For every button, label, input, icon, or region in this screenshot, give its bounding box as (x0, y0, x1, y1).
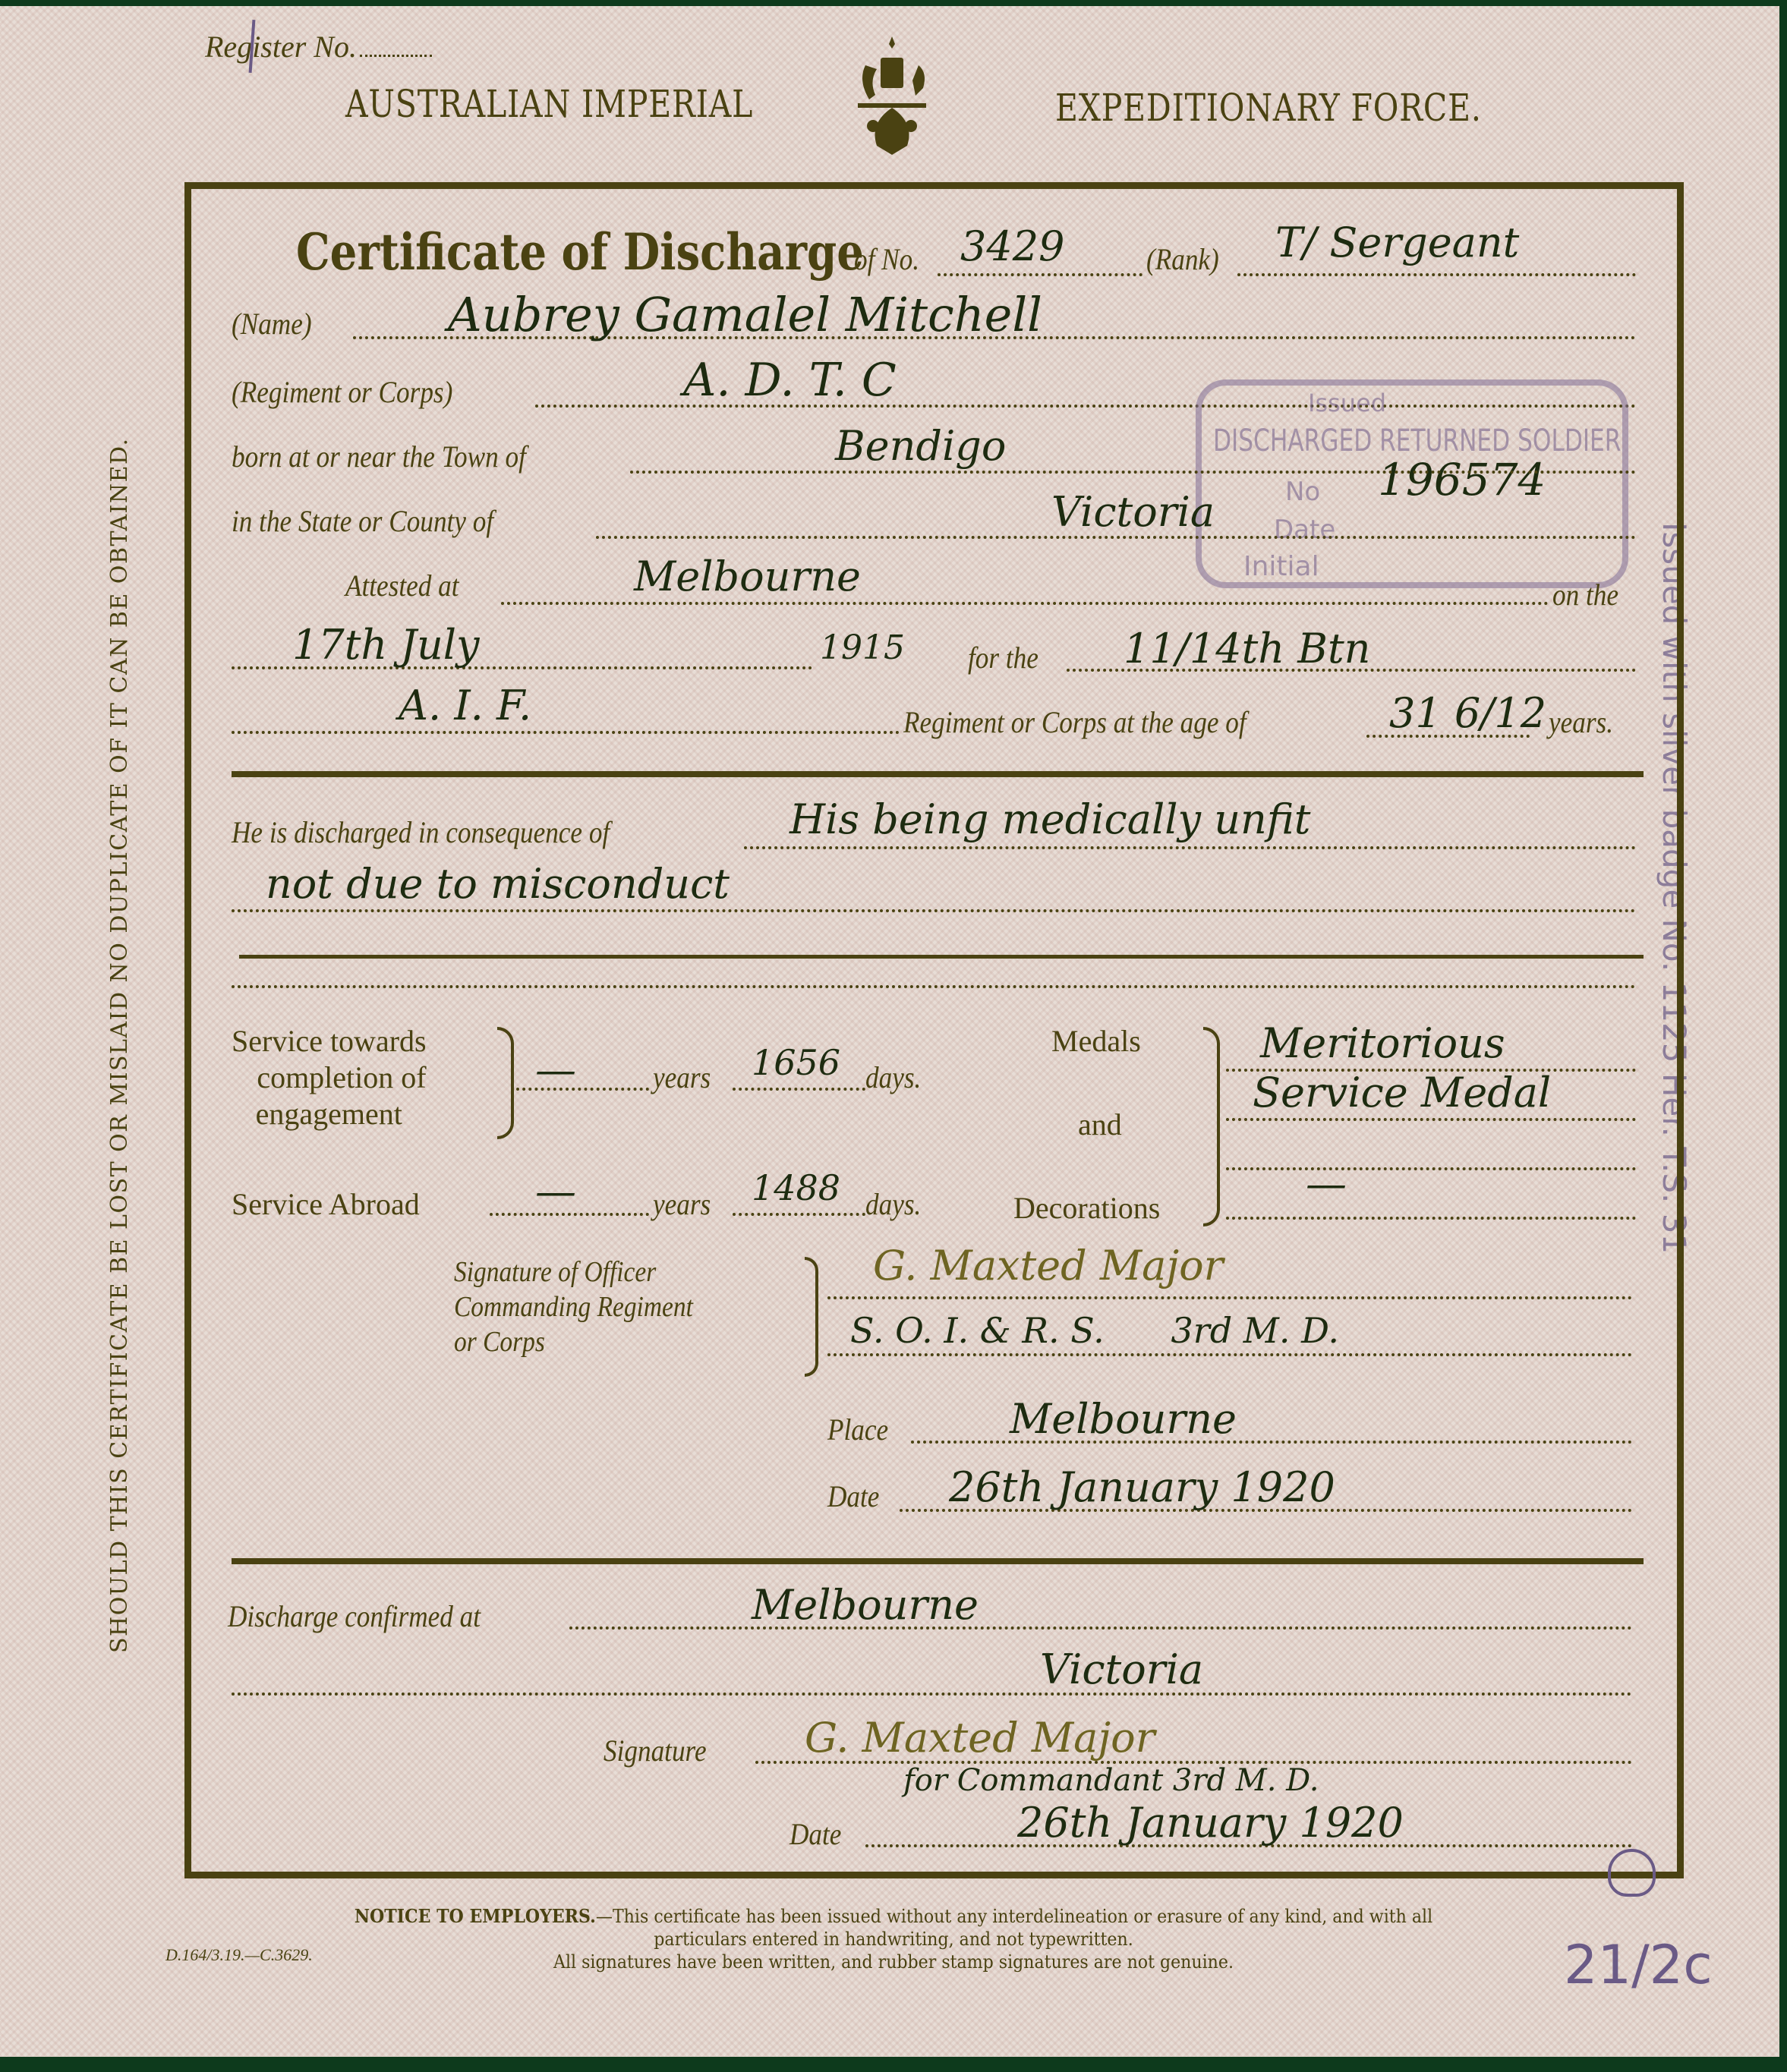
date-value: 26th January 1920 (949, 1463, 1335, 1511)
soldier-name: Aubrey Gamalel Mitchell (448, 287, 1042, 342)
attested-year: 1915 (820, 628, 905, 667)
of-no-label: of No. (854, 241, 919, 277)
confirmed-place-line-2: Victoria (1040, 1645, 1203, 1693)
discharge-certificate: Register No. AUSTRALIAN IMPERIAL EXPEDIT… (0, 6, 1779, 2057)
officer-signature: G. Maxted Major (873, 1242, 1223, 1289)
place-value: Melbourne (1010, 1395, 1237, 1443)
officer-role: S. O. I. & R. S. 3rd M. D. (850, 1310, 1339, 1351)
attested-date: 17th July (292, 621, 480, 669)
stamp-number: 196574 (1378, 454, 1546, 505)
confirmed-place-line-1: Melbourne (752, 1581, 979, 1629)
discharge-reason-line-2: not due to misconduct (266, 860, 730, 908)
signature-label: Signature (604, 1733, 707, 1768)
service-abroad-years: — (535, 1167, 576, 1215)
pencil-circle-mark (1608, 1849, 1656, 1897)
place-label: Place (827, 1412, 888, 1447)
section-divider (232, 771, 1644, 777)
date-label: Date (827, 1478, 879, 1514)
certificate-title: Certificate of Discharge (296, 222, 864, 282)
state-label: in the State or County of (232, 503, 493, 539)
service-number: 3429 (960, 222, 1064, 270)
discharge-reason-label: He is discharged in consequence of (232, 814, 610, 850)
state-value: Victoria (1051, 488, 1215, 536)
discharge-reason-line-1: His being medically unfit (789, 795, 1310, 843)
name-label: (Name) (232, 306, 312, 342)
unit-line-2: A. I. F. (399, 682, 531, 729)
age-value: 31 6/12 (1389, 689, 1546, 737)
regiment-label: (Regiment or Corps) (232, 374, 452, 410)
notice-to-employers: NOTICE TO EMPLOYERS.—This certificate ha… (300, 1905, 1487, 1973)
regiment-value: A. D. T. C (683, 354, 897, 407)
years-label: years. (1549, 704, 1613, 740)
attested-place: Melbourne (634, 553, 861, 600)
medal-line-3: — (1306, 1160, 1347, 1208)
age-label: Regiment or Corps at the age of (903, 704, 1246, 740)
born-town: Bendigo (835, 422, 1006, 470)
confirmed-date-label: Date (789, 1816, 841, 1852)
rank-value: T/ Sergeant (1275, 219, 1519, 266)
service-towards-years: — (535, 1046, 576, 1094)
register-number: Register No. (205, 29, 432, 65)
born-label: born at or near the Town of (232, 439, 526, 474)
discharge-confirmed-label: Discharge confirmed at (228, 1598, 481, 1634)
service-abroad-label: Service Abroad (232, 1186, 420, 1222)
header-right: EXPEDITIONARY FORCE. (1055, 86, 1482, 130)
service-towards-label: Service towards completion of engagement (232, 1023, 427, 1132)
unit-value: 11/14th Btn (1124, 625, 1370, 672)
rank-label: (Rank) (1146, 241, 1219, 277)
confirmed-signature: G. Maxted Major (805, 1714, 1155, 1762)
coat-of-arms-icon (850, 35, 934, 156)
side-notice: SHOULD THIS CERTIFICATE BE LOST OR MISLA… (106, 437, 133, 1653)
service-towards-days: 1656 (752, 1042, 840, 1083)
header-left: AUSTRALIAN IMPERIAL (345, 82, 753, 126)
medal-line-2: Service Medal (1253, 1069, 1551, 1116)
for-the-label: for the (968, 640, 1038, 675)
form-number: D.164/3.19.—C.3629. (165, 1945, 313, 1965)
medals-label: Medals (1051, 1023, 1141, 1059)
service-abroad-days: 1488 (752, 1167, 840, 1208)
on-the-label: on the (1552, 577, 1618, 612)
officer-signature-label: Signature of Officer Commanding Regiment… (454, 1255, 693, 1359)
confirmed-signature-role: for Commandant 3rd M. D. (903, 1763, 1319, 1798)
attested-label: Attested at (345, 568, 459, 603)
medal-line-1: Meritorious (1260, 1019, 1505, 1067)
confirmed-date: 26th January 1920 (1017, 1799, 1404, 1847)
pencil-note: 21/2c (1564, 1934, 1713, 1996)
